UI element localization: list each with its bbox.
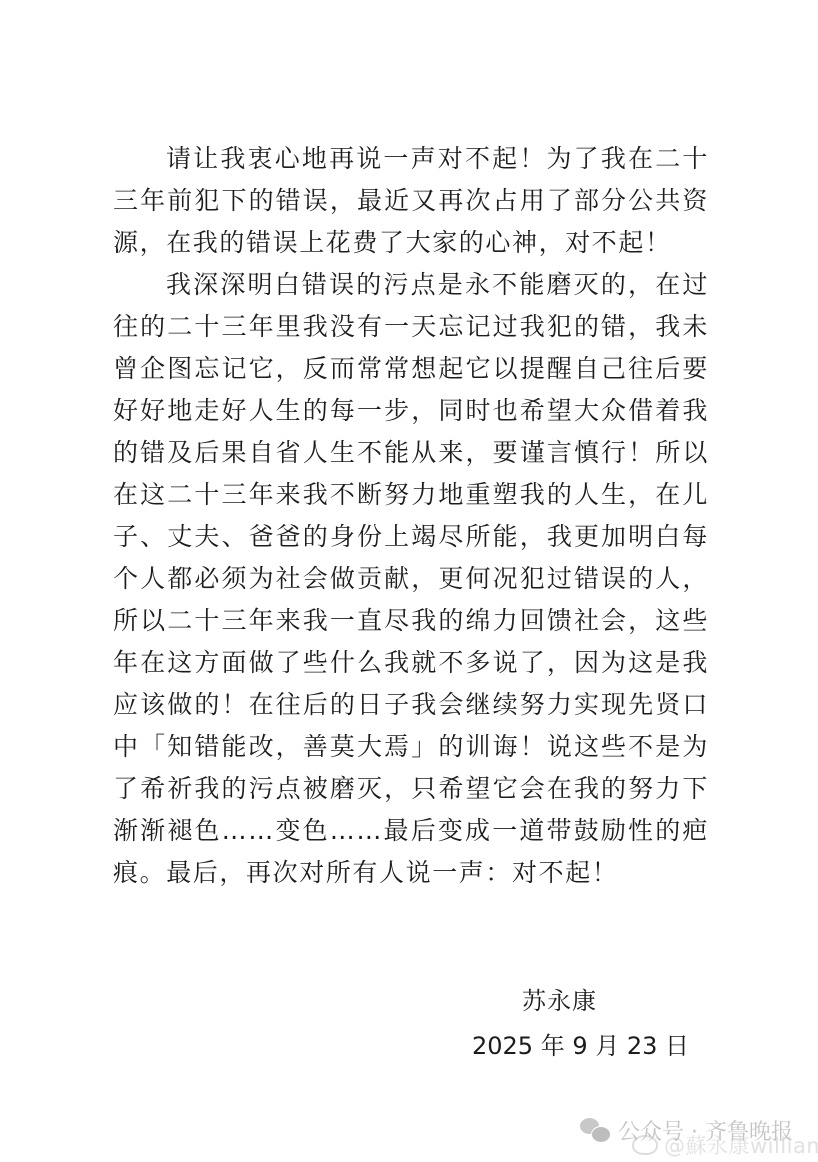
wechat-icon	[580, 1117, 610, 1143]
signature: 苏永康	[522, 985, 597, 1017]
weibo-icon	[632, 1135, 658, 1155]
weibo-watermark-text: @蘇永康william	[664, 1130, 818, 1160]
paragraph-reflection: 我深深明白错误的污点是永不能磨灭的，在过往的二十三年里我没有一天忘记过我犯的错，…	[113, 264, 709, 894]
letter-body: 请让我衷心地再说一声对不起！为了我在二十三年前犯下的错误，最近又再次占用了部分公…	[113, 138, 709, 894]
weibo-watermark: @蘇永康william	[632, 1130, 818, 1160]
letter-date: 2025 年 9 月 23 日	[472, 1030, 689, 1062]
paragraph-apology: 请让我衷心地再说一声对不起！为了我在二十三年前犯下的错误，最近又再次占用了部分公…	[113, 138, 709, 264]
